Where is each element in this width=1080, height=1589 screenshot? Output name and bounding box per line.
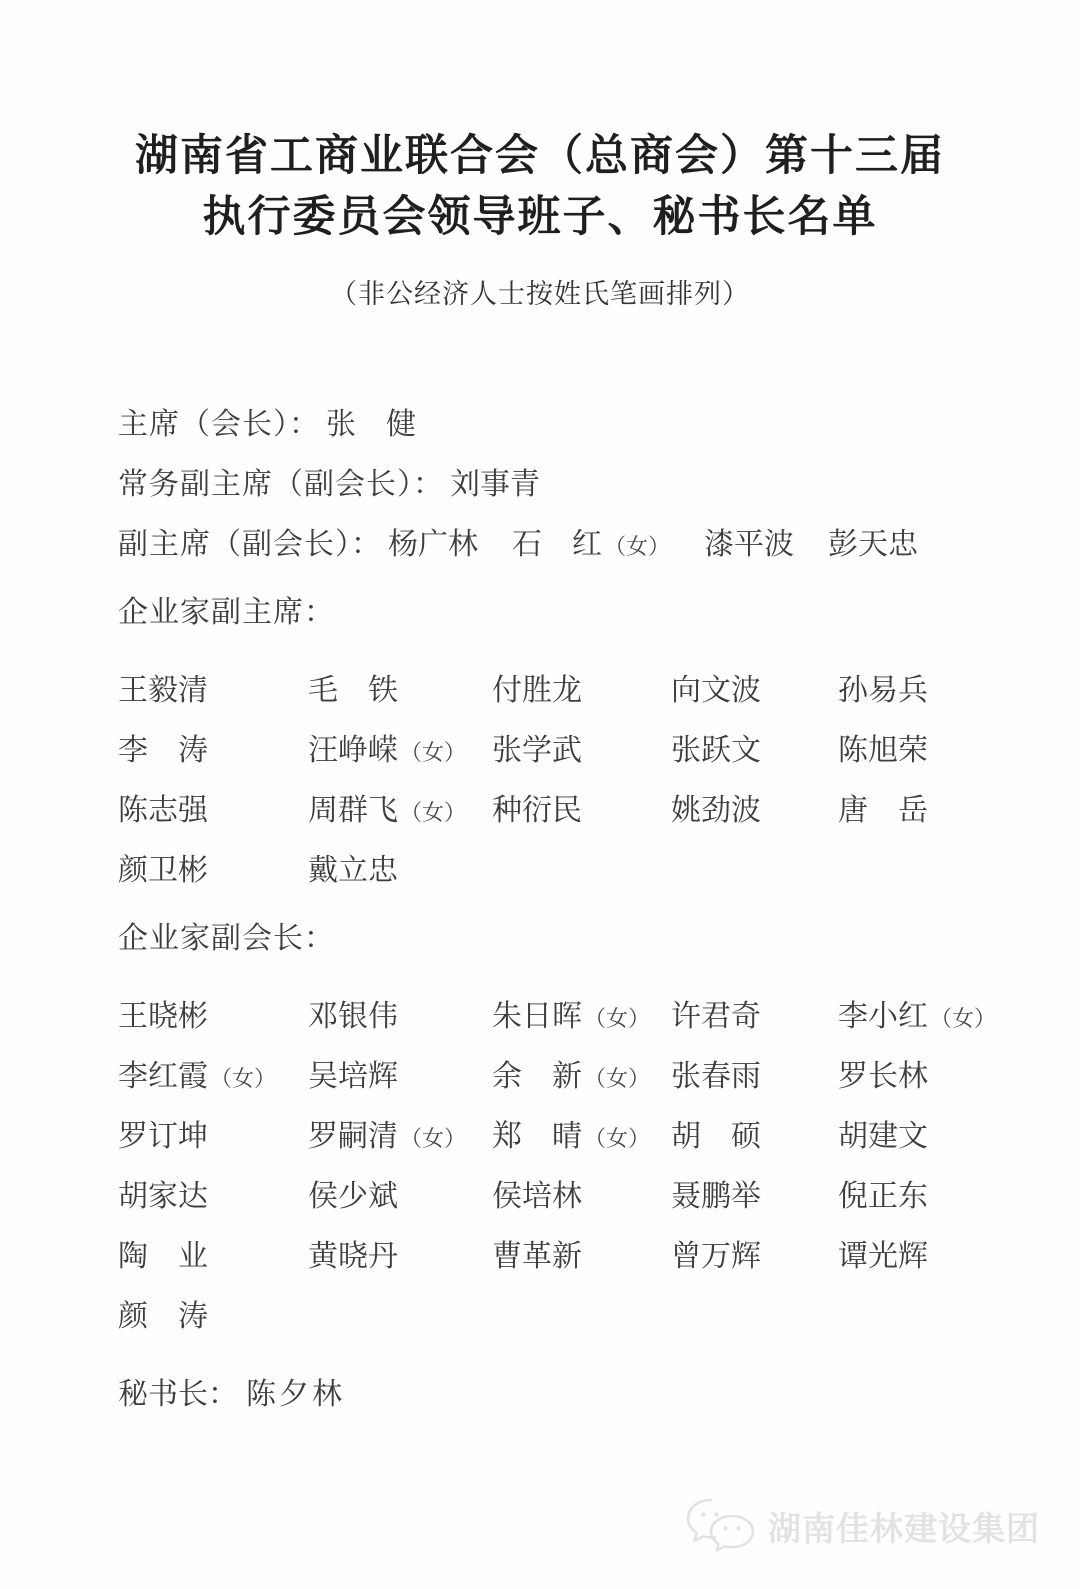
leader-line: 主席（会长）：张 健 bbox=[118, 395, 962, 455]
empty-cell bbox=[838, 841, 962, 901]
member-name: 罗长林 bbox=[838, 1047, 996, 1107]
member-name: 毛 铁 bbox=[308, 661, 492, 721]
female-marker: （女） bbox=[582, 1126, 650, 1151]
female-marker: （女） bbox=[582, 1006, 650, 1031]
member-name: 陈志强 bbox=[118, 781, 308, 841]
page-subtitle: （非公经济人士按姓氏笔画排列） bbox=[0, 272, 1080, 311]
female-marker: （女） bbox=[928, 1006, 996, 1031]
member-name: 王晓彬 bbox=[118, 987, 308, 1047]
title-line-2: 执行委员会领导班子、秘书长名单 bbox=[0, 187, 1080, 248]
empty-cell bbox=[492, 841, 671, 901]
member-name: 王毅清 bbox=[118, 661, 308, 721]
member-name: 颜 涛 bbox=[118, 1287, 308, 1347]
female-marker: （女） bbox=[602, 534, 670, 559]
member-name: 曾万辉 bbox=[671, 1227, 838, 1287]
watermark: 湖南佳林建设集团 bbox=[684, 1495, 1040, 1557]
leader-line: 常务副主席（副会长）：刘事青 bbox=[118, 455, 962, 515]
member-name: 聂鹏举 bbox=[671, 1167, 838, 1227]
leader-role-label: 主席（会长）： bbox=[118, 408, 320, 441]
leader-role-label: 常务副主席（副会长）： bbox=[118, 468, 444, 501]
member-name: 种衍民 bbox=[492, 781, 671, 841]
member-name: 刘事青 bbox=[450, 468, 540, 501]
leader-line: 副主席（副会长）：杨广林石 红（女）漆平波彭天忠 bbox=[118, 515, 962, 575]
member-name: 李小红（女） bbox=[838, 987, 996, 1047]
empty-cell bbox=[838, 1287, 996, 1347]
member-name: 胡家达 bbox=[118, 1167, 308, 1227]
document-content: 主席（会长）：张 健常务副主席（副会长）：刘事青副主席（副会长）：杨广林石 红（… bbox=[118, 395, 962, 1425]
member-name: 唐 岳 bbox=[838, 781, 962, 841]
empty-cell bbox=[671, 841, 838, 901]
member-name: 付胜龙 bbox=[492, 661, 671, 721]
member-name: 戴立忠 bbox=[308, 841, 492, 901]
member-name: 罗订坤 bbox=[118, 1107, 308, 1167]
member-name: 张跃文 bbox=[671, 721, 838, 781]
member-name: 朱日晖（女） bbox=[492, 987, 671, 1047]
member-name: 罗嗣清（女） bbox=[308, 1107, 492, 1167]
wechat-icon bbox=[684, 1495, 760, 1557]
secretary-label: 秘书长： bbox=[118, 1378, 238, 1411]
member-name: 张春雨 bbox=[671, 1047, 838, 1107]
female-marker: （女） bbox=[208, 1066, 276, 1091]
member-name: 向文波 bbox=[671, 661, 838, 721]
member-sections: 企业家副主席：王毅清毛 铁付胜龙向文波孙易兵李 涛汪峥嵘（女）张学武张跃文陈旭荣… bbox=[118, 583, 962, 1347]
page-title: 湖南省工商业联合会（总商会）第十三届 执行委员会领导班子、秘书长名单 bbox=[0, 0, 1080, 248]
member-name: 姚劲波 bbox=[671, 781, 838, 841]
title-line-1: 湖南省工商业联合会（总商会）第十三届 bbox=[0, 126, 1080, 187]
member-name: 颜卫彬 bbox=[118, 841, 308, 901]
member-name: 郑 晴（女） bbox=[492, 1107, 671, 1167]
member-name: 张学武 bbox=[492, 721, 671, 781]
female-marker: （女） bbox=[398, 1126, 466, 1151]
member-name: 张 健 bbox=[326, 408, 416, 441]
member-name: 周群飞（女） bbox=[308, 781, 492, 841]
member-name: 黄晓丹 bbox=[308, 1227, 492, 1287]
member-name: 曹革新 bbox=[492, 1227, 671, 1287]
member-name: 石 红（女） bbox=[512, 528, 670, 561]
member-name: 杨广林 bbox=[388, 528, 478, 561]
member-name: 李 涛 bbox=[118, 721, 308, 781]
member-name: 谭光辉 bbox=[838, 1227, 996, 1287]
secretary-line: 秘书长：陈夕林 bbox=[118, 1365, 962, 1425]
section-heading: 企业家副主席： bbox=[118, 583, 962, 643]
name-grid: 王毅清毛 铁付胜龙向文波孙易兵李 涛汪峥嵘（女）张学武张跃文陈旭荣陈志强周群飞（… bbox=[118, 661, 962, 901]
female-marker: （女） bbox=[582, 1066, 650, 1091]
empty-cell bbox=[308, 1287, 492, 1347]
member-name: 吴培辉 bbox=[308, 1047, 492, 1107]
name-grid: 王晓彬邓银伟朱日晖（女）许君奇李小红（女）李红霞（女）吴培辉余 新（女）张春雨罗… bbox=[118, 987, 962, 1347]
member-name: 漆平波 bbox=[704, 528, 794, 561]
member-name: 陈旭荣 bbox=[838, 721, 962, 781]
female-marker: （女） bbox=[398, 740, 466, 765]
secretary-name: 陈夕林 bbox=[246, 1378, 345, 1411]
empty-cell bbox=[492, 1287, 671, 1347]
member-name: 胡 硕 bbox=[671, 1107, 838, 1167]
leader-role-label: 副主席（副会长）： bbox=[118, 528, 382, 561]
section-heading: 企业家副会长： bbox=[118, 909, 962, 969]
member-name: 彭天忠 bbox=[828, 528, 918, 561]
member-name: 余 新（女） bbox=[492, 1047, 671, 1107]
member-name: 李红霞（女） bbox=[118, 1047, 308, 1107]
member-name: 孙易兵 bbox=[838, 661, 962, 721]
member-name: 陶 业 bbox=[118, 1227, 308, 1287]
member-name: 邓银伟 bbox=[308, 987, 492, 1047]
female-marker: （女） bbox=[398, 800, 466, 825]
member-name: 侯培林 bbox=[492, 1167, 671, 1227]
member-name: 倪正东 bbox=[838, 1167, 996, 1227]
empty-cell bbox=[671, 1287, 838, 1347]
document-page: 湖南省工商业联合会（总商会）第十三届 执行委员会领导班子、秘书长名单 （非公经济… bbox=[0, 0, 1080, 1589]
member-name: 侯少斌 bbox=[308, 1167, 492, 1227]
leaders-list: 主席（会长）：张 健常务副主席（副会长）：刘事青副主席（副会长）：杨广林石 红（… bbox=[118, 395, 962, 575]
member-name: 胡建文 bbox=[838, 1107, 996, 1167]
member-name: 汪峥嵘（女） bbox=[308, 721, 492, 781]
member-name: 许君奇 bbox=[671, 987, 838, 1047]
watermark-text: 湖南佳林建设集团 bbox=[768, 1503, 1040, 1550]
